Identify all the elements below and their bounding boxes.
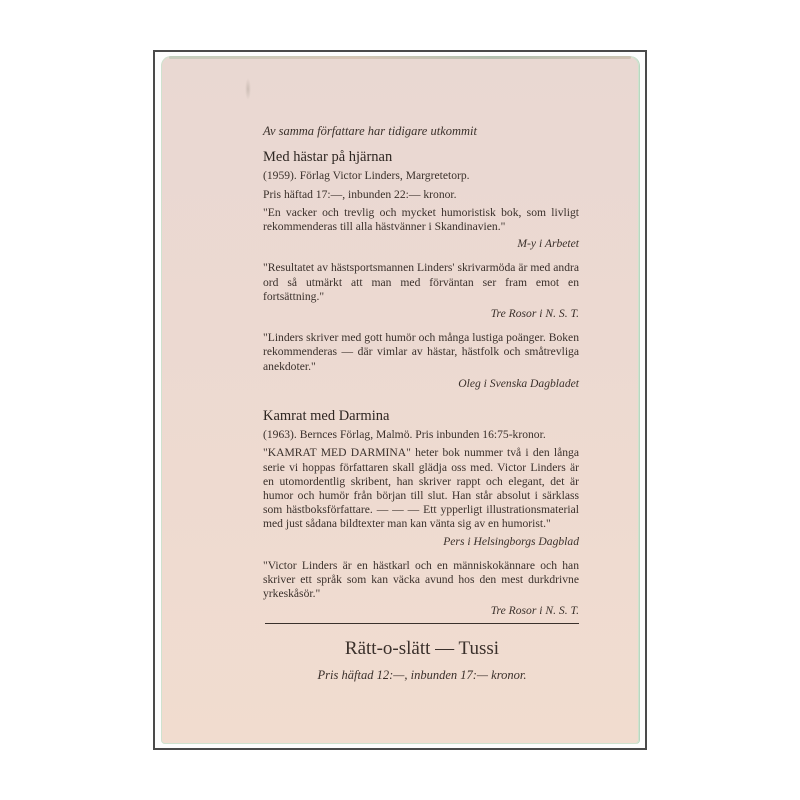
page-content: Av samma författare har tidigare utkommi… — [263, 124, 579, 619]
review-quote: "Linders skriver med gott humör och mång… — [263, 331, 579, 374]
review-quote: "Victor Linders är en hästkarl och en mä… — [263, 559, 579, 602]
book-publication: (1963). Bernces Förlag, Malmö. Pris inbu… — [263, 428, 579, 442]
book-entry-1: Med hästar på hjärnan (1959). Förlag Vic… — [263, 150, 579, 391]
book-title: Kamrat med Darmina — [263, 409, 579, 423]
image-frame: Av samma författare har tidigare utkommi… — [153, 50, 647, 750]
review-quote: "KAMRAT MED DARMINA" heter bok nummer tv… — [263, 446, 579, 531]
section-divider — [265, 623, 579, 624]
footer-book-price: Pris häftad 12:—, inbunden 17:— kronor. — [265, 668, 579, 683]
review-source: Pers i Helsingborgs Dagblad — [263, 535, 579, 549]
book-entry-2: Kamrat med Darmina (1963). Bernces Förla… — [263, 409, 579, 619]
review-quote: "En vacker och trevlig och mycket humori… — [263, 206, 579, 234]
book-title: Med hästar på hjärnan — [263, 150, 579, 164]
review-source: M-y i Arbetet — [263, 237, 579, 251]
paper-edge — [169, 56, 631, 59]
book-publication: (1959). Förlag Victor Linders, Margretet… — [263, 169, 579, 183]
paper-smudge — [245, 78, 251, 100]
review-source: Tre Rosor i N. S. T. — [263, 604, 579, 618]
review-source: Oleg i Svenska Dagbladet — [263, 377, 579, 391]
footer-book-title: Rätt-o-slätt — Tussi — [265, 638, 579, 660]
review-source: Tre Rosor i N. S. T. — [263, 307, 579, 321]
intro-heading: Av samma författare har tidigare utkommi… — [263, 124, 579, 138]
paper-page: Av samma författare har tidigare utkommi… — [161, 56, 639, 744]
review-quote: "Resultatet av hästsportsmannen Linders'… — [263, 261, 579, 304]
book-price: Pris häftad 17:—, inbunden 22:— kronor. — [263, 188, 579, 202]
